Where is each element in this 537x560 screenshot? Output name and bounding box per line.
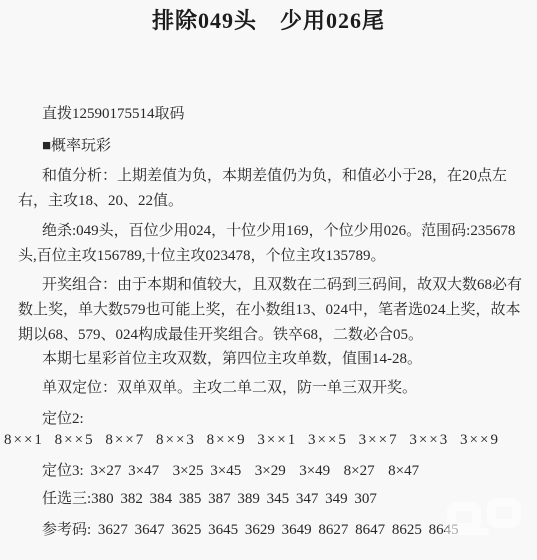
page-title: 排除049头 少用026尾 [0, 4, 537, 35]
paragraph-sum-analysis: 和值分析：上期差值为负，本期差值仍为负，和值必小于28，在20点左右，主攻18、… [18, 164, 531, 214]
position2-codes-line: 8××1 8××5 8××7 8××3 8××9 3××1 3××5 3××7 … [4, 428, 537, 453]
paragraph-odd-even-positioning: 单双定位：双单双单。主攻二单二双，防一单三双开奖。 [18, 376, 531, 401]
paragraph-draw-combination: 开奖组合：由于本期和值较大，且双数在二码到三码间，故双大数68必有数上奖，单大数… [18, 273, 531, 348]
paragraph-qixingcai: 本期七星彩首位主攻双数，第四位主攻单数，值围14-28。 [18, 347, 531, 372]
article-page: 排除049头 少用026尾 直拨12590175514取码 ■概率玩彩 和值分析… [0, 0, 537, 560]
reference-codes-line: 参考码: 3627 3647 3625 3645 3629 3649 8627 … [18, 518, 531, 543]
contact-phone-line: 直拨12590175514取码 [18, 102, 531, 127]
section-header: ■概率玩彩 [18, 134, 531, 159]
position3-codes-line: 定位3: 3×27 3×47 3×25 3×45 3×29 3×49 8×27 … [18, 459, 531, 484]
paragraph-kill-numbers: 绝杀:049头，百位少用024，十位少用169，个位少用026。范围码:2356… [18, 219, 531, 269]
any-three-codes-line: 任选三:380 382 384 385 387 389 345 347 349 … [18, 487, 531, 512]
